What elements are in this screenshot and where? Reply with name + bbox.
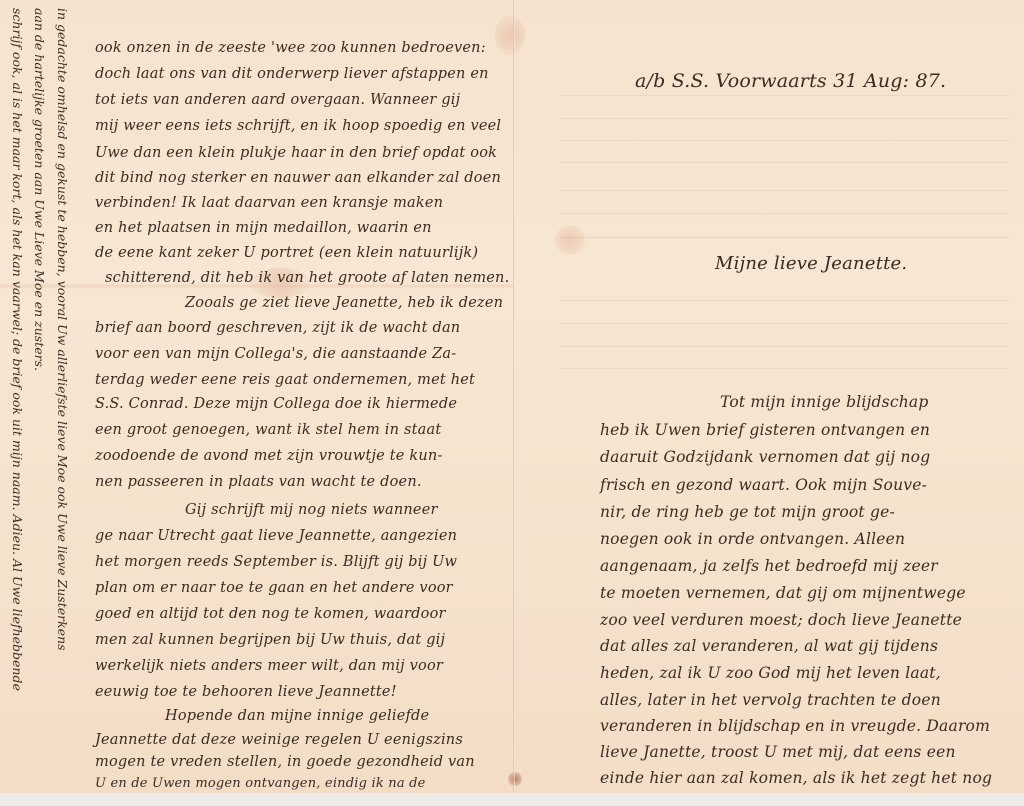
letter-line: alles, later in het vervolg trachten te … bbox=[600, 691, 941, 709]
letter-line: eeuwig toe te behooren lieve Jeannette! bbox=[95, 684, 397, 700]
letter-line: lieve Janette, troost U met mij, dat een… bbox=[600, 743, 956, 761]
letter-line: te moeten vernemen, dat gij om mijnentwe… bbox=[600, 584, 966, 602]
margin-note: schrijf ook, al is het maar kort, als he… bbox=[10, 8, 25, 691]
margin-note: aan de hartelijke groeten aan Uwe Lieve … bbox=[32, 8, 47, 371]
letter-line: verbinden! Ik laat daarvan een kransje m… bbox=[95, 195, 443, 211]
letter-line: goed en altijd tot den nog te komen, waa… bbox=[95, 606, 446, 622]
margin-note-column: in gedachte omhelsd en gekust te hebben,… bbox=[55, 0, 77, 793]
letter-line: heb ik Uwen brief gisteren ontvangen en bbox=[600, 421, 930, 439]
letter-line: Jeannette dat deze weinige regelen U een… bbox=[95, 732, 463, 748]
letter-line: einde hier aan zal komen, als ik het zeg… bbox=[600, 769, 992, 787]
letter-line: U en de Uwen mogen ontvangen, eindig ik … bbox=[95, 776, 426, 791]
letter-line: plan om er naar toe te gaan en het ander… bbox=[95, 580, 453, 596]
letter-line: daaruit Godzijdank vernomen dat gij nog bbox=[600, 448, 930, 466]
letter-scan: in gedachte omhelsd en gekust te hebben,… bbox=[0, 0, 1024, 793]
letter-line: dit bind nog sterker en nauwer aan elkan… bbox=[95, 170, 501, 186]
letter-line: Zooals ge ziet lieve Jeanette, heb ik de… bbox=[185, 295, 503, 311]
letter-line: en het plaatsen in mijn medaillon, waari… bbox=[95, 220, 432, 236]
letter-line: veranderen in blijdschap en in vreugde. … bbox=[600, 717, 990, 735]
letter-line: zoo veel verduren moest; doch lieve Jean… bbox=[600, 611, 962, 629]
margin-note: in gedachte omhelsd en gekust te hebben,… bbox=[55, 8, 70, 651]
letter-header-date: a/b S.S. Voorwaarts 31 Aug: 87. bbox=[635, 70, 946, 92]
letter-line: voor een van mijn Collega's, die aanstaa… bbox=[95, 346, 456, 362]
margin-note-column: schrijf ook, al is het maar kort, als he… bbox=[10, 0, 32, 793]
letter-line: noegen ook in orde ontvangen. Alleen bbox=[600, 530, 905, 548]
letter-line: Hopende dan mijne innige geliefde bbox=[165, 708, 429, 724]
letter-line: nir, de ring heb ge tot mijn groot ge- bbox=[600, 503, 895, 521]
letter-line: mij weer eens iets schrijft, en ik hoop … bbox=[95, 118, 501, 134]
letter-line: doch laat ons van dit onderwerp liever a… bbox=[95, 66, 489, 82]
letter-line: men zal kunnen begrijpen bij Uw thuis, d… bbox=[95, 632, 445, 648]
letter-line: Uwe dan een klein plukje haar in den bri… bbox=[95, 145, 497, 161]
letter-salutation: Mijne lieve Jeanette. bbox=[715, 253, 907, 274]
letter-line: Tot mijn innige blijdschap bbox=[720, 393, 928, 411]
letter-line: het morgen reeds September is. Blijft gi… bbox=[95, 554, 457, 570]
letter-line: S.S. Conrad. Deze mijn Collega doe ik hi… bbox=[95, 396, 457, 412]
letter-line: terdag weder eene reis gaat ondernemen, … bbox=[95, 372, 475, 388]
left-page: in gedachte omhelsd en gekust te hebben,… bbox=[0, 0, 513, 793]
margin-note-column: aan de hartelijke groeten aan Uwe Lieve … bbox=[32, 0, 54, 793]
letter-line: zoodoende de avond met zijn vrouwtje te … bbox=[95, 448, 443, 464]
letter-line: tot iets van anderen aard overgaan. Wann… bbox=[95, 92, 460, 108]
letter-line: mogen te vreden stellen, in goede gezond… bbox=[95, 754, 475, 770]
letter-line: brief aan boord geschreven, zijt ik de w… bbox=[95, 320, 460, 336]
letter-line: heden, zal ik U zoo God mij het leven la… bbox=[600, 664, 941, 682]
letter-line: dat alles zal veranderen, al wat gij tij… bbox=[600, 637, 938, 655]
right-page: a/b S.S. Voorwaarts 31 Aug: 87. Mijne li… bbox=[515, 0, 1024, 793]
letter-line: ook onzen in de zeeste 'wee zoo kunnen b… bbox=[95, 40, 486, 56]
letter-line: werkelijk niets anders meer wilt, dan mi… bbox=[95, 658, 443, 674]
letter-line: frisch en gezond waart. Ook mijn Souve- bbox=[600, 476, 927, 494]
letter-line: nen passeeren in plaats van wacht te doe… bbox=[95, 474, 422, 490]
letter-line: schitterend, dit heb ik van het groote a… bbox=[105, 270, 509, 286]
letter-line: Gij schrijft mij nog niets wanneer bbox=[185, 502, 438, 518]
letter-line: ge naar Utrecht gaat lieve Jeannette, aa… bbox=[95, 528, 457, 544]
letter-line: een groot genoegen, want ik stel hem in … bbox=[95, 422, 441, 438]
letter-line: de eene kant zeker U portret (een klein … bbox=[95, 245, 478, 261]
letter-line: aangenaam, ja zelfs het bedroefd mij zee… bbox=[600, 557, 938, 575]
scan-border bbox=[0, 793, 1024, 806]
